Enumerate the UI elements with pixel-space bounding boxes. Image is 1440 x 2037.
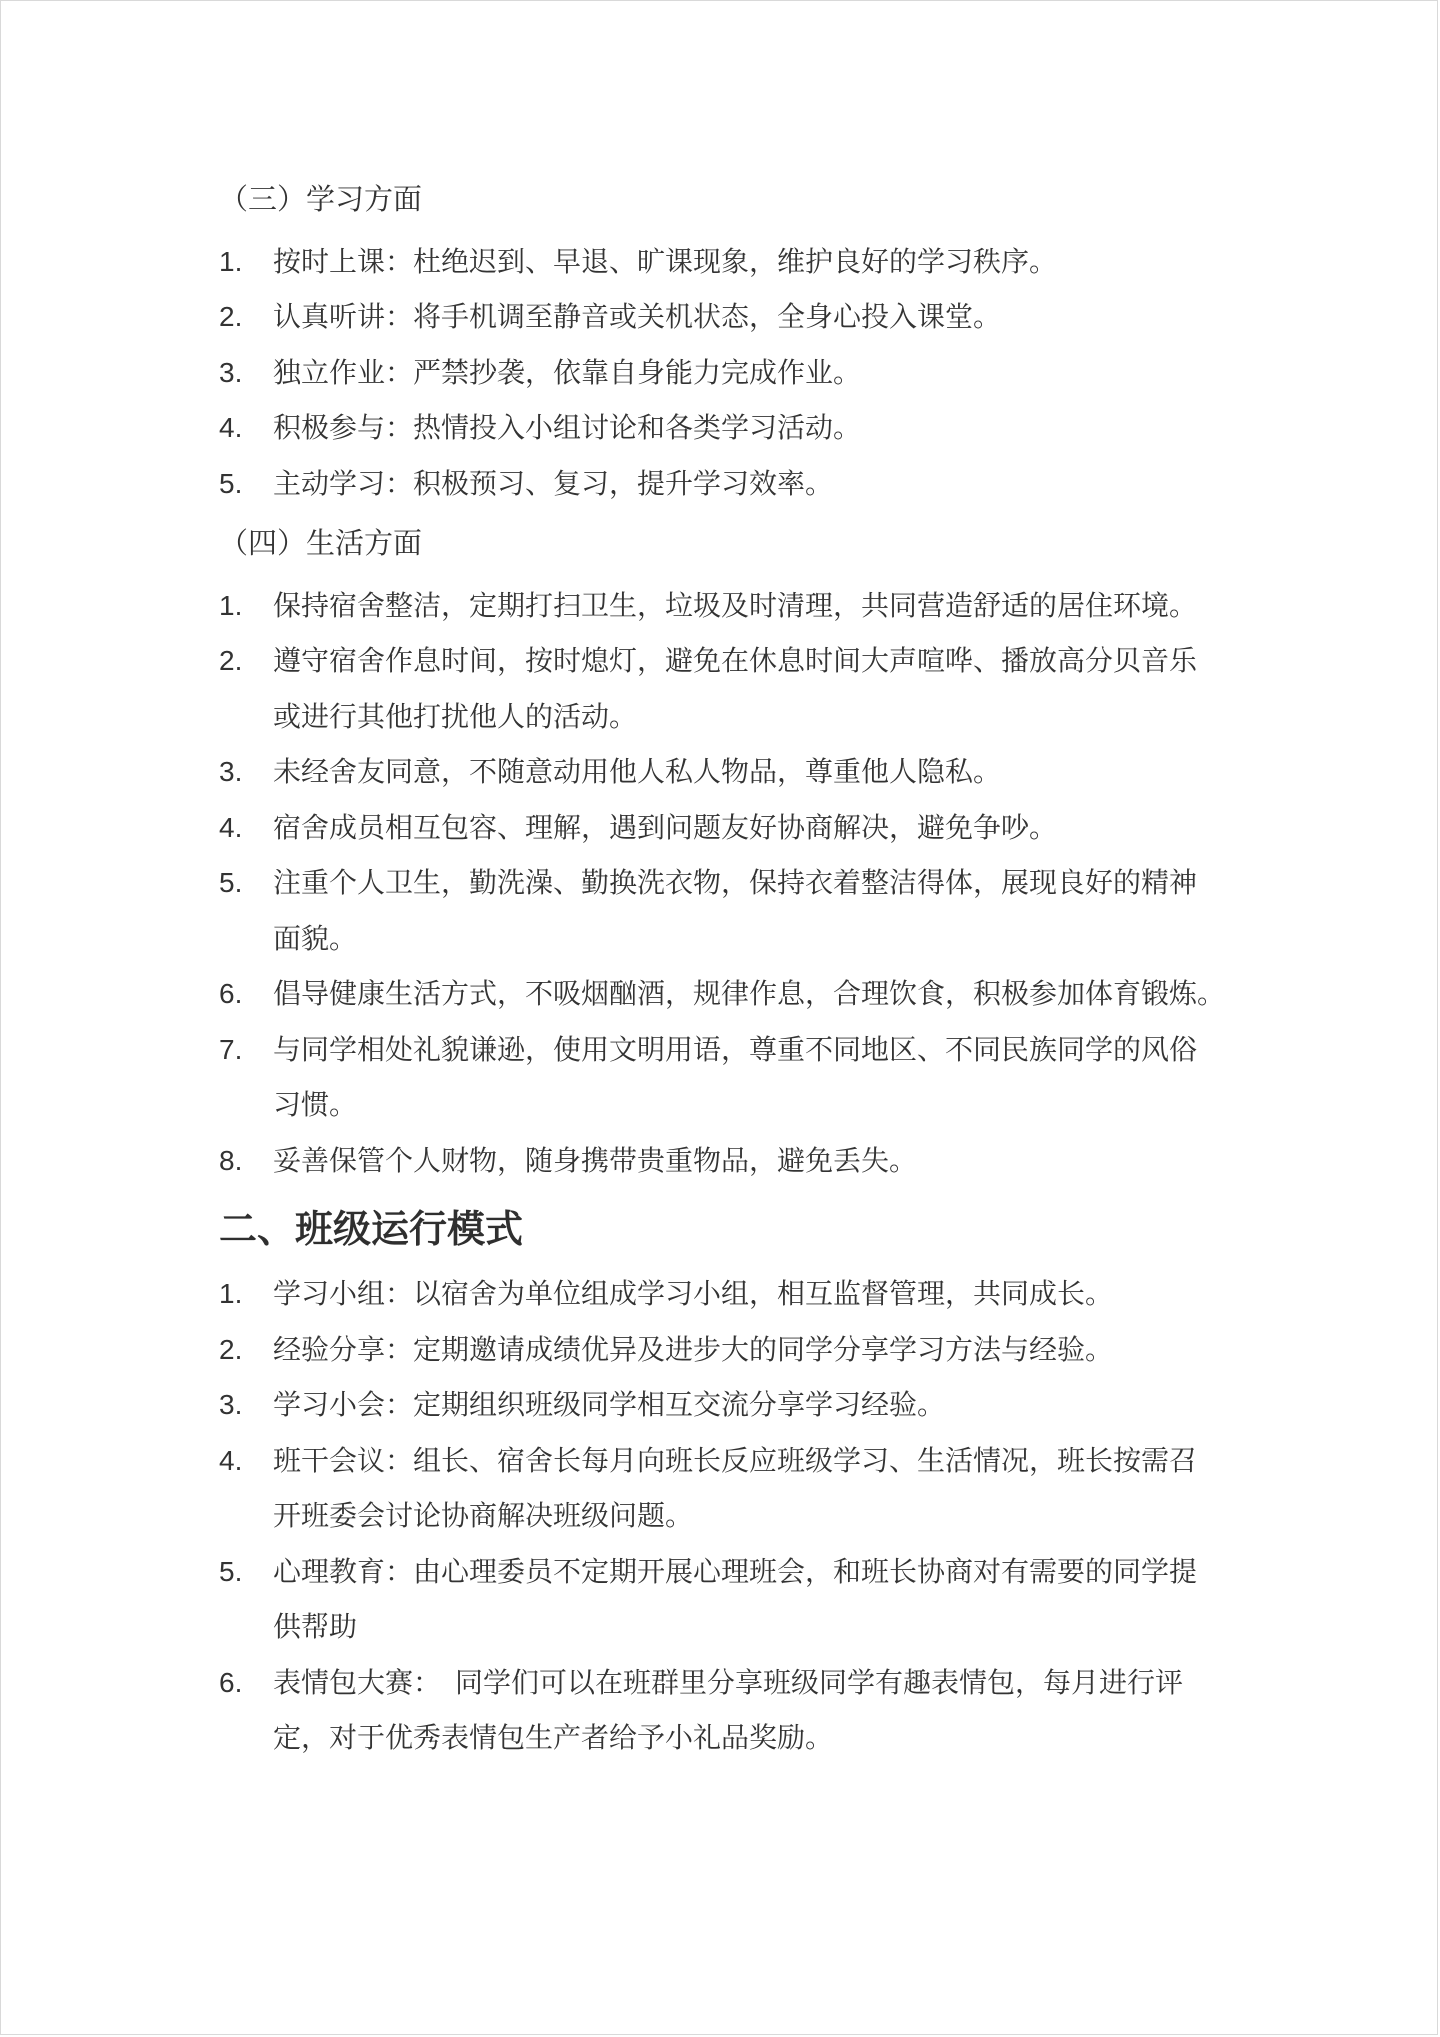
list-item-number: 4. (219, 800, 273, 856)
list-item-number: 2. (219, 289, 273, 345)
list-item-text: 心理教育：由心理委员不定期开展心理班会，和班长协商对有需要的同学提 (273, 1544, 1259, 1600)
list-item-number: 3. (219, 744, 273, 800)
list-item-number: 1. (219, 234, 273, 290)
list-item-number: 1. (219, 1266, 273, 1322)
list-item-number: 1. (219, 578, 273, 634)
list-item-text: 独立作业：严禁抄袭，依靠自身能力完成作业。 (273, 345, 1259, 401)
list-item-text: 经验分享：定期邀请成绩优异及进步大的同学分享学习方法与经验。 (273, 1322, 1259, 1378)
list-item: 8. 妥善保管个人财物，随身携带贵重物品，避免丢失。 (219, 1133, 1259, 1189)
list-item-text: 与同学相处礼貌谦逊，使用文明用语，尊重不同地区、不同民族同学的风俗 (273, 1022, 1259, 1078)
list-item: 2. 经验分享：定期邀请成绩优异及进步大的同学分享学习方法与经验。 (219, 1322, 1259, 1378)
list-item-number: 2. (219, 633, 273, 689)
list-item-text: 定，对于优秀表情包生产者给予小礼品奖励。 (273, 1710, 1259, 1766)
list-item-text: 注重个人卫生，勤洗澡、勤换洗衣物，保持衣着整洁得体，展现良好的精神 (273, 855, 1259, 911)
document-page: （三）学习方面 1. 按时上课：杜绝迟到、早退、旷课现象，维护良好的学习秩序。 … (0, 0, 1438, 2035)
list-item: 5. 心理教育：由心理委员不定期开展心理班会，和班长协商对有需要的同学提 供帮助 (219, 1544, 1259, 1655)
list-item-text: 供帮助 (273, 1599, 1259, 1655)
list-item: 2. 遵守宿舍作息时间，按时熄灯，避免在休息时间大声喧哗、播放高分贝音乐 或进行… (219, 633, 1259, 744)
section-heading-life: （四）生活方面 (219, 511, 1259, 578)
list-item-text: 班干会议：组长、宿舍长每月向班长反应班级学习、生活情况，班长按需召 (273, 1433, 1259, 1489)
main-heading-class-mode: 二、班级运行模式 (219, 1200, 1259, 1260)
list-item-number: 5. (219, 1544, 273, 1600)
list-item: 4. 宿舍成员相互包容、理解，遇到问题友好协商解决，避免争吵。 (219, 800, 1259, 856)
list-item-number: 7. (219, 1022, 273, 1078)
list-item-text: 学习小会：定期组织班级同学相互交流分享学习经验。 (273, 1377, 1259, 1433)
list-item-number: 2. (219, 1322, 273, 1378)
list-item-text: 遵守宿舍作息时间，按时熄灯，避免在休息时间大声喧哗、播放高分贝音乐 (273, 633, 1259, 689)
list-item-text: 妥善保管个人财物，随身携带贵重物品，避免丢失。 (273, 1133, 1259, 1189)
list-item: 5. 主动学习：积极预习、复习，提升学习效率。 (219, 456, 1259, 512)
list-item-text: 认真听讲：将手机调至静音或关机状态，全身心投入课堂。 (273, 289, 1259, 345)
list-item: 6. 倡导健康生活方式，不吸烟酗酒，规律作息，合理饮食，积极参加体育锻炼。 (219, 966, 1259, 1022)
list-item: 1. 保持宿舍整洁，定期打扫卫生，垃圾及时清理，共同营造舒适的居住环境。 (219, 578, 1259, 634)
list-item-number: 6. (219, 1655, 273, 1711)
list-item-text: 或进行其他打扰他人的活动。 (273, 689, 1259, 745)
list-item: 3. 学习小会：定期组织班级同学相互交流分享学习经验。 (219, 1377, 1259, 1433)
section-heading-study: （三）学习方面 (219, 167, 1259, 234)
list-item-number: 3. (219, 1377, 273, 1433)
list-item-text: 保持宿舍整洁，定期打扫卫生，垃圾及时清理，共同营造舒适的居住环境。 (273, 578, 1259, 634)
list-item-text: 面貌。 (273, 911, 1259, 967)
list-item: 1. 按时上课：杜绝迟到、早退、旷课现象，维护良好的学习秩序。 (219, 234, 1259, 290)
list-item-text: 主动学习：积极预习、复习，提升学习效率。 (273, 456, 1259, 512)
list-item: 5. 注重个人卫生，勤洗澡、勤换洗衣物，保持衣着整洁得体，展现良好的精神 面貌。 (219, 855, 1259, 966)
list-item: 2. 认真听讲：将手机调至静音或关机状态，全身心投入课堂。 (219, 289, 1259, 345)
list-item-text: 开班委会讨论协商解决班级问题。 (273, 1488, 1259, 1544)
list-item-text: 未经舍友同意，不随意动用他人私人物品，尊重他人隐私。 (273, 744, 1259, 800)
list-item: 4. 班干会议：组长、宿舍长每月向班长反应班级学习、生活情况，班长按需召 开班委… (219, 1433, 1259, 1544)
list-item-text: 学习小组：以宿舍为单位组成学习小组，相互监督管理，共同成长。 (273, 1266, 1259, 1322)
list-item: 3. 未经舍友同意，不随意动用他人私人物品，尊重他人隐私。 (219, 744, 1259, 800)
list-item-text: 按时上课：杜绝迟到、早退、旷课现象，维护良好的学习秩序。 (273, 234, 1259, 290)
list-item-number: 4. (219, 400, 273, 456)
list-item-text: 习惯。 (273, 1077, 1259, 1133)
list-item-text: 倡导健康生活方式，不吸烟酗酒，规律作息，合理饮食，积极参加体育锻炼。 (273, 966, 1259, 1022)
list-item: 6. 表情包大赛： 同学们可以在班群里分享班级同学有趣表情包，每月进行评 定，对… (219, 1655, 1259, 1766)
list-item: 1. 学习小组：以宿舍为单位组成学习小组，相互监督管理，共同成长。 (219, 1266, 1259, 1322)
list-item-number: 3. (219, 345, 273, 401)
list-item: 7. 与同学相处礼貌谦逊，使用文明用语，尊重不同地区、不同民族同学的风俗 习惯。 (219, 1022, 1259, 1133)
list-item-number: 5. (219, 855, 273, 911)
list-item-number: 8. (219, 1133, 273, 1189)
list-item: 4. 积极参与：热情投入小组讨论和各类学习活动。 (219, 400, 1259, 456)
list-item-text: 积极参与：热情投入小组讨论和各类学习活动。 (273, 400, 1259, 456)
list-item-number: 5. (219, 456, 273, 512)
list-item-number: 4. (219, 1433, 273, 1489)
document-content: （三）学习方面 1. 按时上课：杜绝迟到、早退、旷课现象，维护良好的学习秩序。 … (219, 167, 1259, 1766)
list-item-text: 宿舍成员相互包容、理解，遇到问题友好协商解决，避免争吵。 (273, 800, 1259, 856)
list-item-number: 6. (219, 966, 273, 1022)
list-item-text: 表情包大赛： 同学们可以在班群里分享班级同学有趣表情包，每月进行评 (273, 1655, 1259, 1711)
list-item: 3. 独立作业：严禁抄袭，依靠自身能力完成作业。 (219, 345, 1259, 401)
